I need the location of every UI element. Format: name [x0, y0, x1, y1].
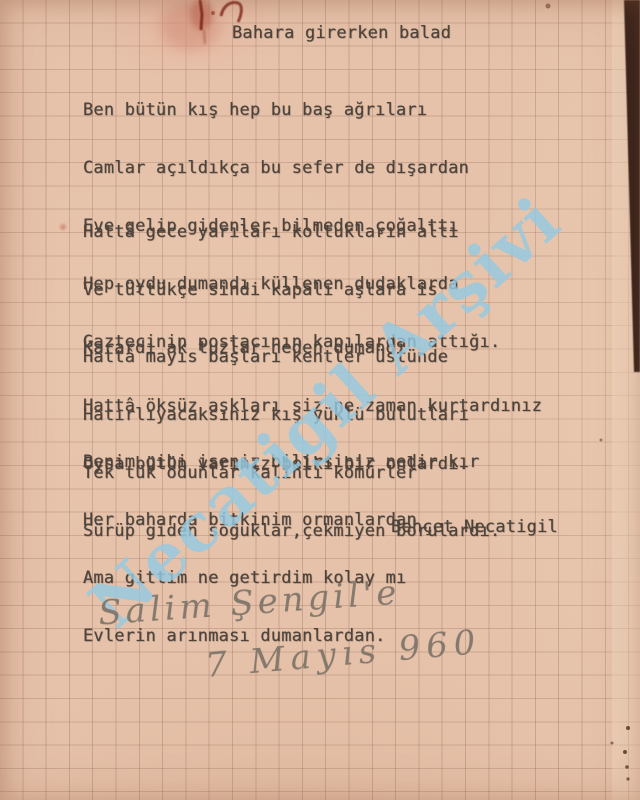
poem-title: Bahara girerken balad — [232, 24, 451, 43]
poem-line: Camlar açıldıkça bu sefer de dışardan — [83, 159, 500, 178]
poem-line: Ve tüttükçe sindi kapalı aşlara is — [83, 281, 542, 300]
poem-line: Ben bütün kış hep bu baş ağrıları — [83, 101, 500, 120]
poem-line: Hattâ gece yarıları koltukların altı — [83, 223, 542, 242]
poem-line: Hattâ mayıs başları kentler üstünde — [83, 348, 500, 367]
poem-line: Benim gibi iseniz bilirsiniz nedir kır — [83, 453, 480, 472]
scanned-poem-page: Bahara girerken balad Ben bütün kış hep … — [0, 0, 640, 800]
author-signature: Behçet Necatigil — [391, 518, 558, 537]
